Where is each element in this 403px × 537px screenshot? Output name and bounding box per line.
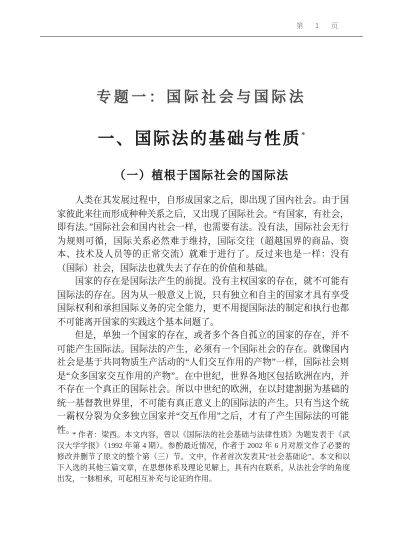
running-head: 第 1 页 [40,15,363,37]
page-number: 第 1 页 [296,21,363,31]
footnote-marker: * [72,430,76,439]
section-heading-text: 一、国际法的基础与性质 [98,129,302,148]
footnote-text: 作者：梁西。本文内容，曾以《国际法的社会基础与法律性质》为题发表于《武汉大学学报… [57,430,350,483]
body-paragraph: 但是，单独一个国家的存在，或者多个各自孤立的国家的存在，并不可能产生国际法。国际… [57,329,349,437]
footnote: * 作者：梁西。本文内容，曾以《国际法的社会基础与法律性质》为题发表于《武汉大学… [57,430,350,485]
body-paragraph: 国家的存在是国际法产生的前提。没有主权国家的存在，就不可能有国际法的存在。因为从… [57,275,349,329]
subsection-heading: （一）植根于国际社会的国际法 [0,167,403,183]
body-text: 人类在其发展过程中，自形成国家之后，即出现了国内社会。由于国家彼此来往而形成种种… [57,194,349,437]
section-heading: 一、国际法的基础与性质* [0,125,403,149]
body-paragraph: 人类在其发展过程中，自形成国家之后，即出现了国内社会。由于国家彼此来往而形成种种… [57,194,349,275]
chapter-title: 专题一：国际社会与国际法 [0,86,403,107]
footnote-reference-marker: * [301,131,305,140]
footnote-paragraph: * 作者：梁西。本文内容，曾以《国际法的社会基础与法律性质》为题发表于《武汉大学… [57,430,350,485]
document-page: 第 1 页 专题一：国际社会与国际法 一、国际法的基础与性质* （一）植根于国际… [0,0,403,537]
